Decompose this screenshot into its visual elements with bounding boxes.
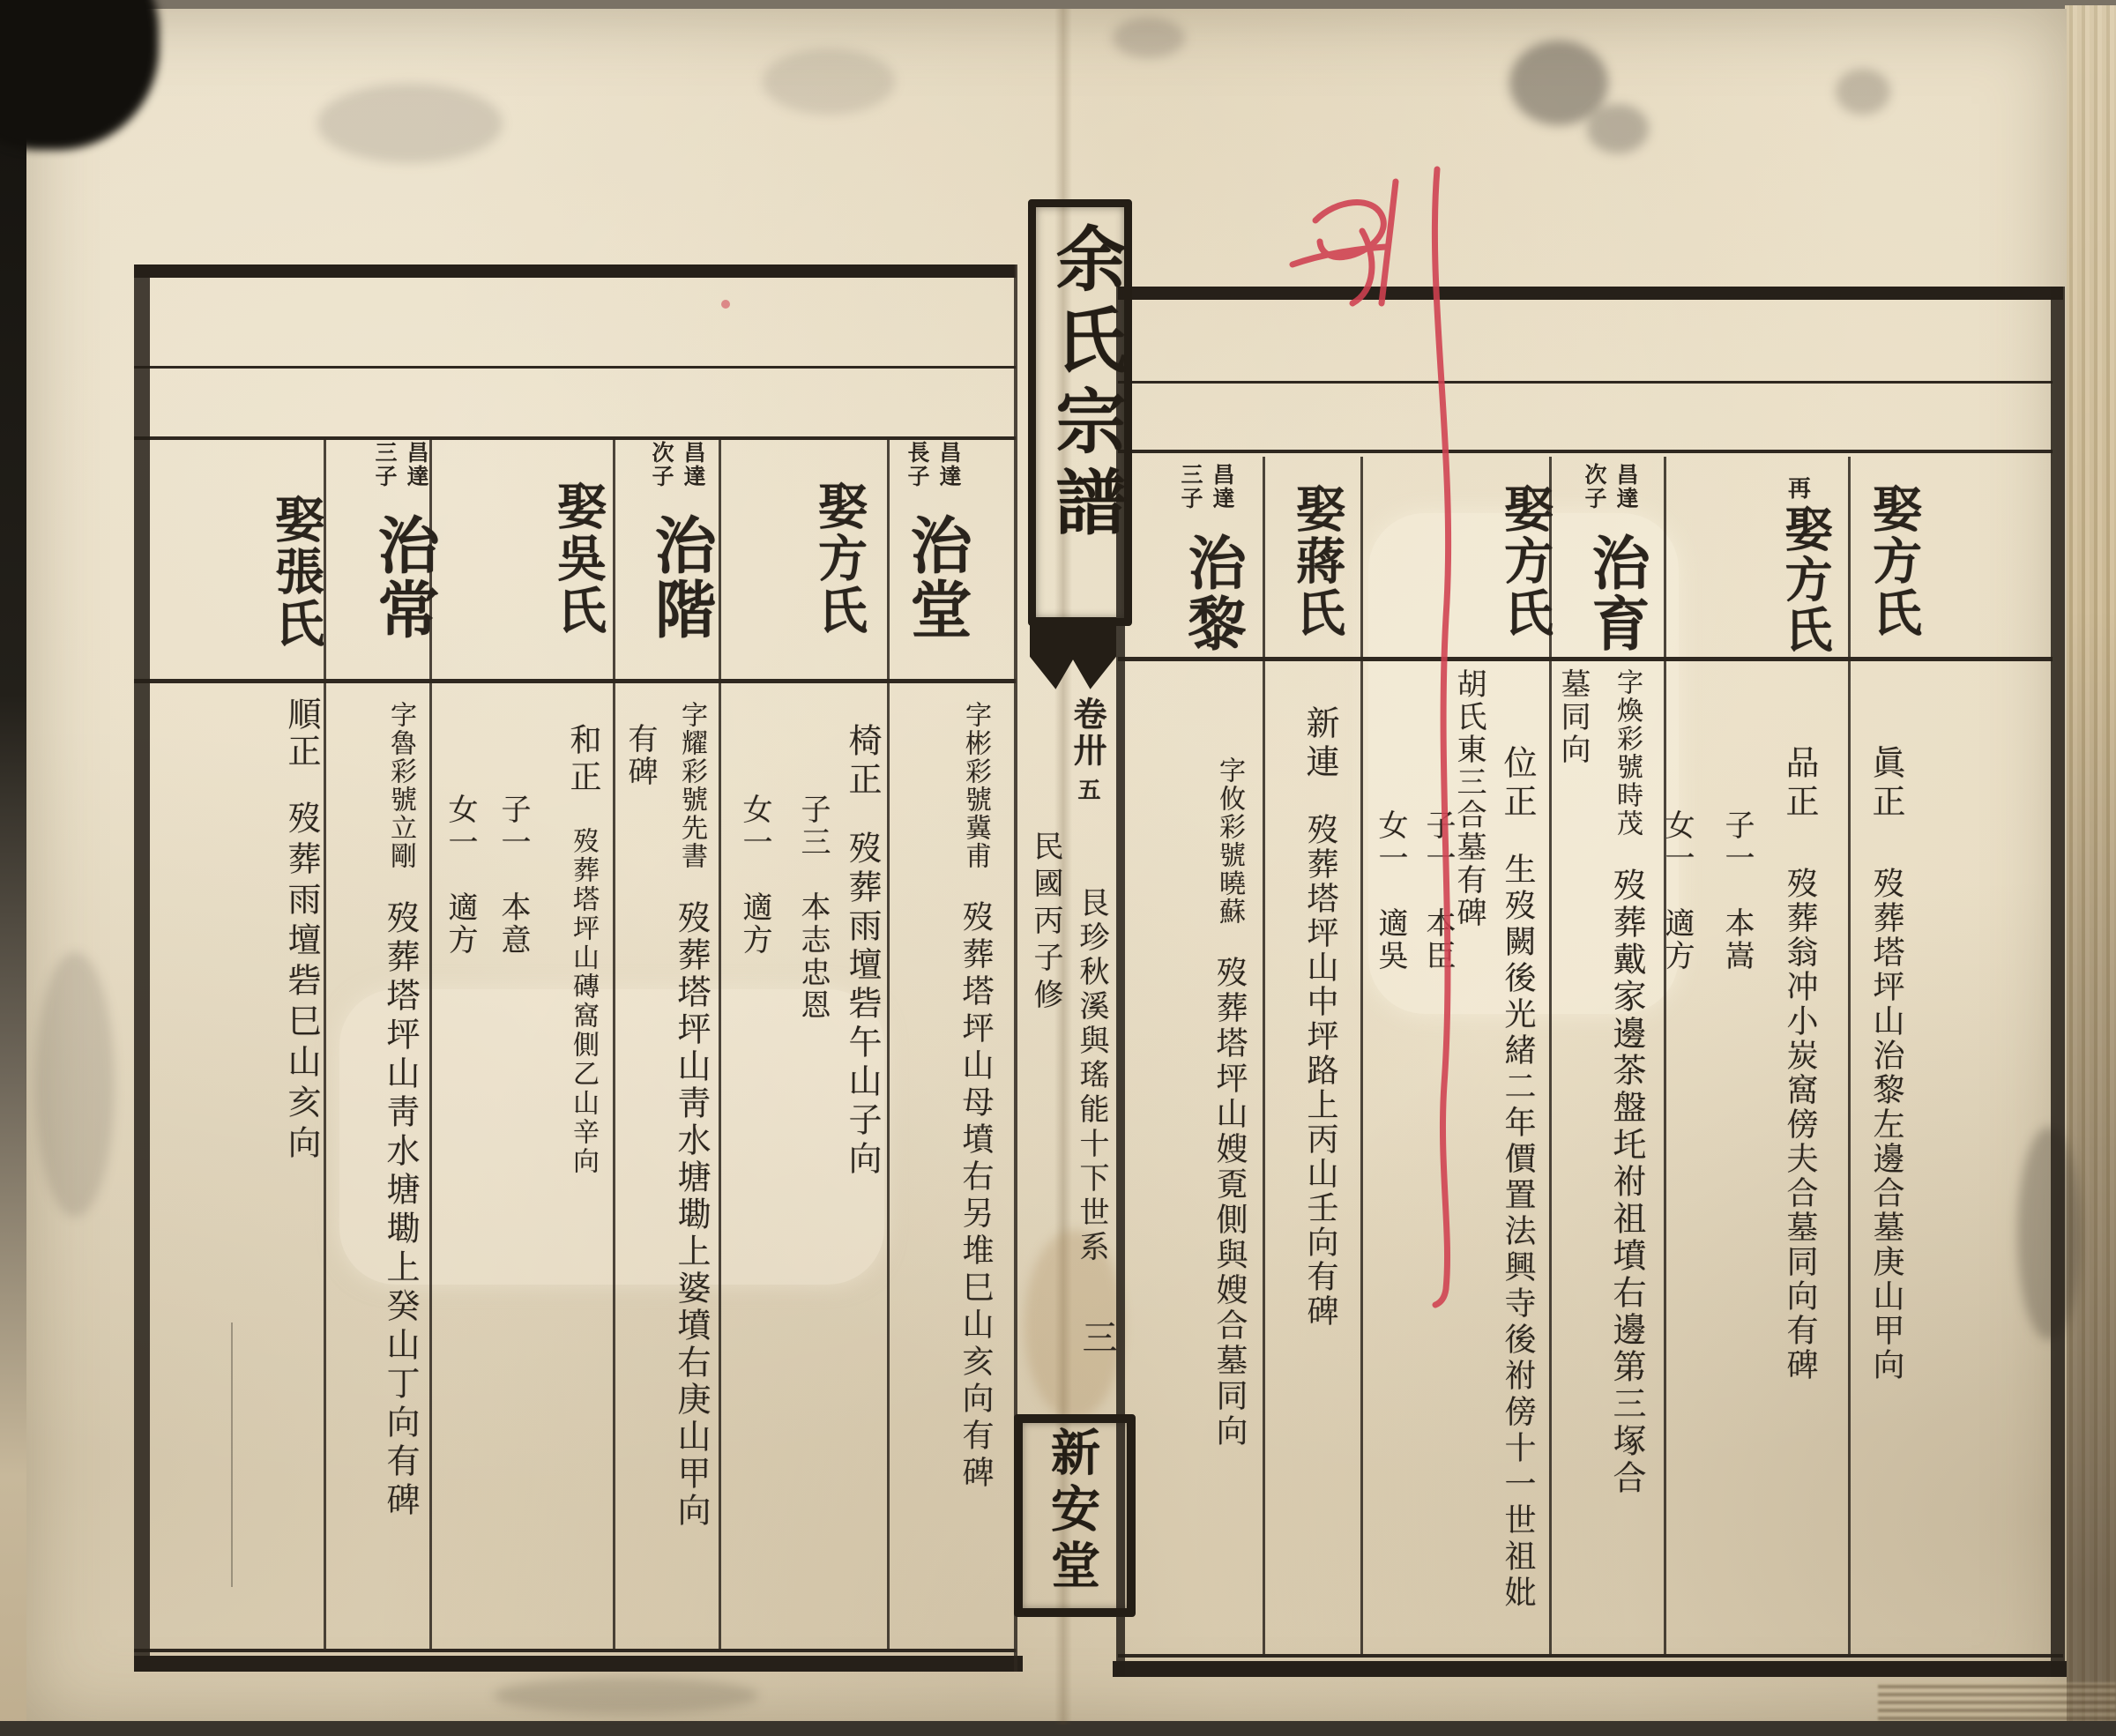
genealogy-scan: 娶方氏 再 娶方氏 昌達次子 治育 娶方氏 娶蔣氏 昌達三子 治黎 眞正歿葬塔坪…: [0, 0, 2116, 1736]
red-scribble: [1352, 231, 1372, 303]
red-annotation: [0, 0, 2116, 1736]
red-line: [1434, 169, 1448, 1305]
red-dot: [721, 300, 730, 309]
red-scribble: [1382, 182, 1396, 303]
